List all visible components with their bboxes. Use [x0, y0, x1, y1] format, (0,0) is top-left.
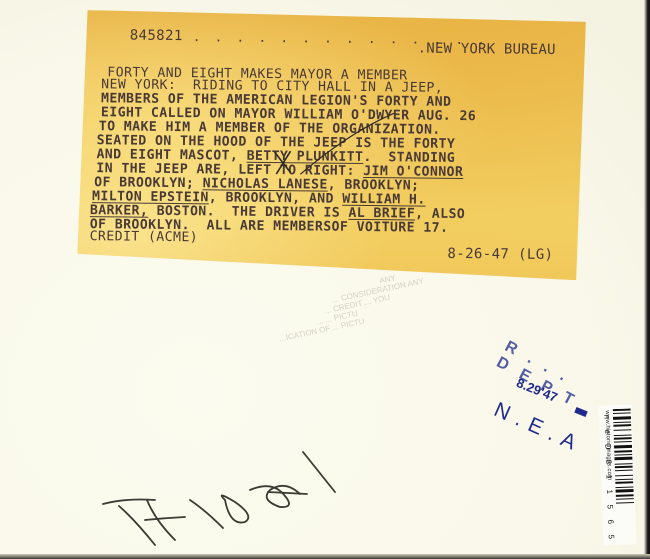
handwritten-pencil-note: A1081: [95, 430, 355, 550]
photo-right-edge: [644, 0, 650, 559]
barcode-digit: 5: [603, 532, 618, 543]
photo-bottom-edge: [0, 554, 650, 559]
pencil-mark-icon: [77, 10, 586, 280]
barcode-label: n e D 8 1 1 5 6 5 www.historicimages.com: [599, 404, 637, 545]
press-caption-clipping: 845821 . . . . . . . . . . . . . . .NEW …: [77, 10, 586, 280]
